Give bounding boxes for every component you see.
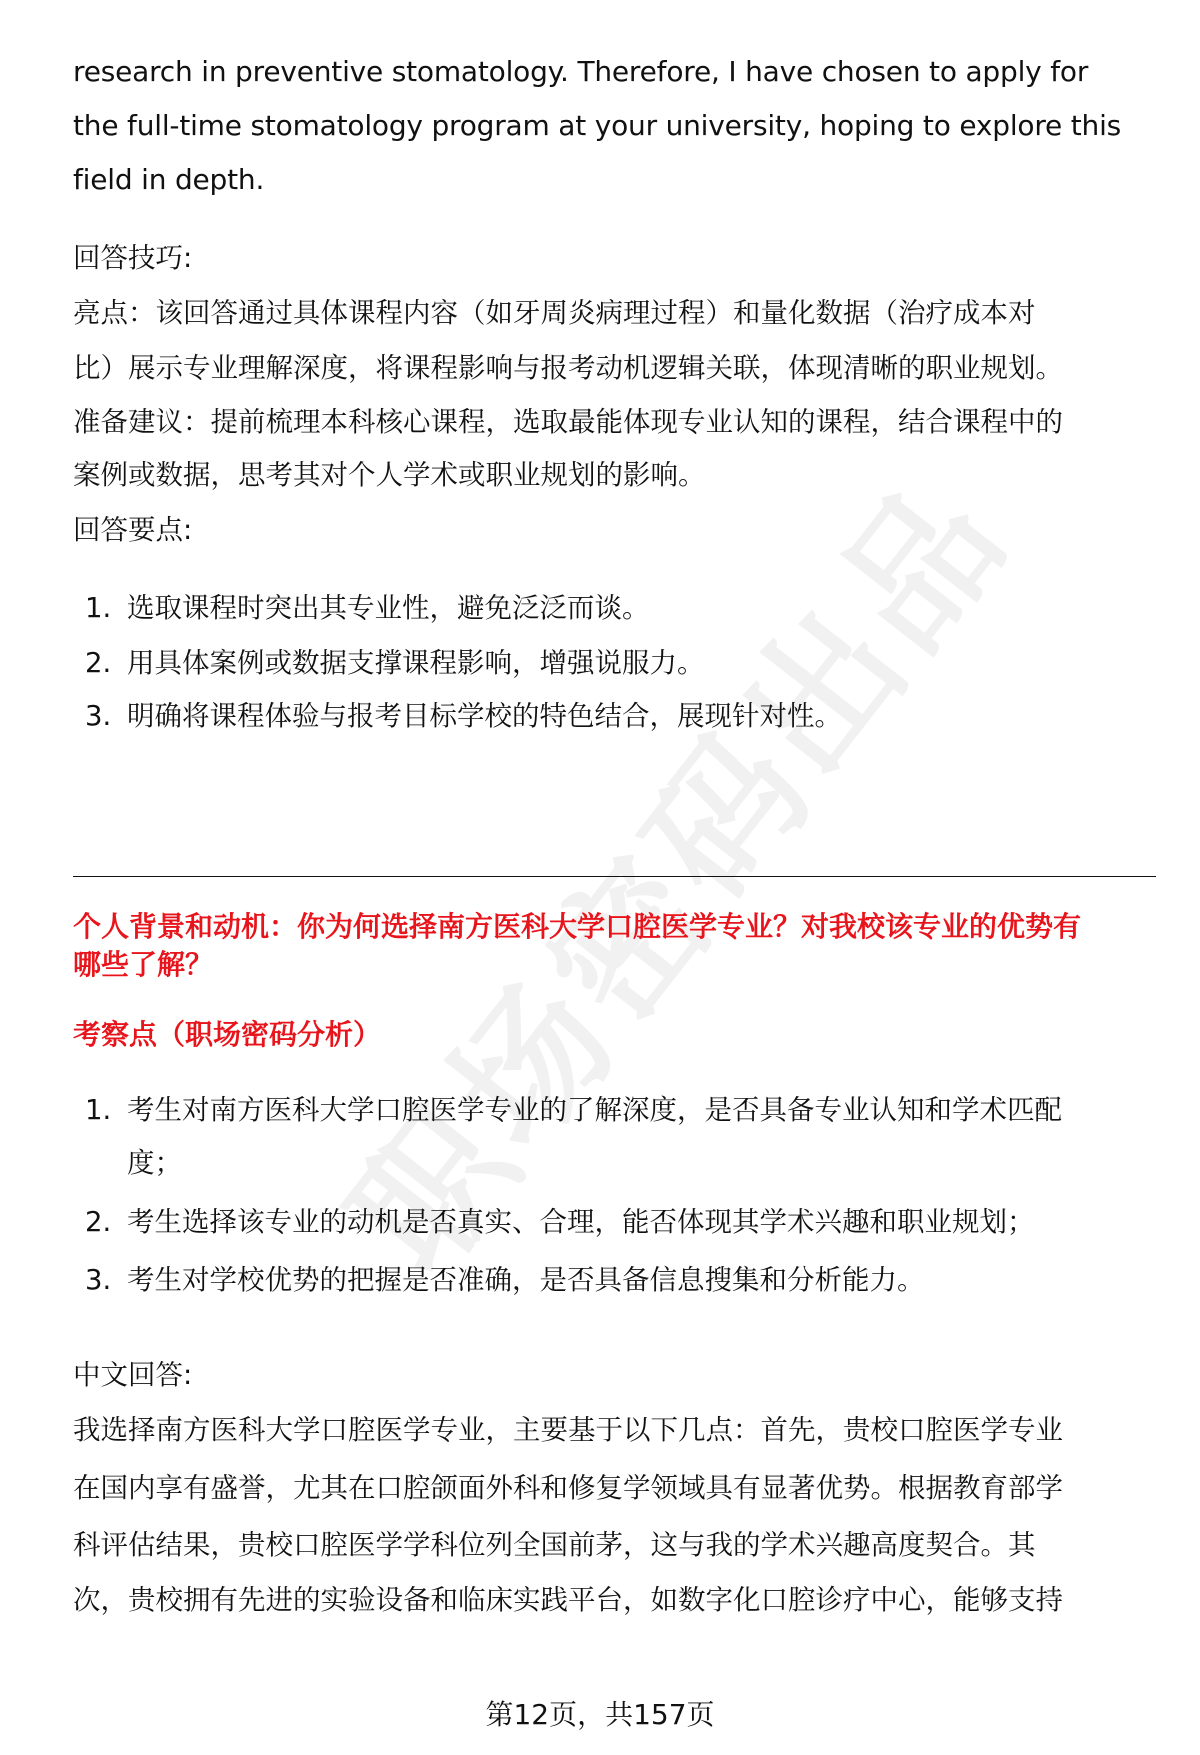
assessment-item: 考生对学校优势的把握是否准确，是否具备信息搜集和分析能力。 (127, 1262, 925, 1298)
section-divider (73, 876, 1156, 877)
page-number-footer: 第12页，共157页 (0, 1697, 1200, 1733)
watermark: 职场密码出品 (277, 408, 1063, 1329)
english-answer-line: research in preventive stomatology. Ther… (73, 54, 1088, 90)
list-number: 3. (85, 698, 111, 734)
tips-highlight-line: 亮点：该回答通过具体课程内容（如牙周炎病理过程）和量化数据（治疗成本对 (73, 295, 1036, 331)
tips-label: 回答技巧: (73, 240, 192, 276)
tips-highlight-line: 比）展示专业理解深度，将课程影响与报考动机逻辑关联，体现清晰的职业规划。 (73, 350, 1063, 386)
question-title-line: 哪些了解？ (73, 947, 213, 983)
list-number: 2. (85, 645, 111, 681)
tips-prep-line: 准备建议：提前梳理本科核心课程，选取最能体现专业认知的课程，结合课程中的 (73, 404, 1063, 440)
assessment-label: 考察点（职场密码分析） (73, 1017, 381, 1053)
chinese-answer-line: 在国内享有盛誉，尤其在口腔颌面外科和修复学领域具有显著优势。根据教育部学 (73, 1470, 1063, 1506)
list-number: 1. (85, 590, 111, 626)
chinese-answer-label: 中文回答: (73, 1357, 192, 1393)
assessment-item: 考生选择该专业的动机是否真实、合理，能否体现其学术兴趣和职业规划； (127, 1204, 1035, 1240)
document-page: 职场密码出品 research in preventive stomatolog… (0, 0, 1200, 1755)
assessment-item-continuation: 度； (127, 1145, 182, 1181)
key-points-label: 回答要点: (73, 512, 192, 548)
chinese-answer-line: 次，贵校拥有先进的实验设备和临床实践平台，如数字化口腔诊疗中心，能够支持 (73, 1582, 1063, 1618)
question-title-line: 个人背景和动机：你为何选择南方医科大学口腔医学专业？对我校该专业的优势有 (73, 909, 1081, 945)
chinese-answer-line: 科评估结果，贵校口腔医学学科位列全国前茅，这与我的学术兴趣高度契合。其 (73, 1527, 1036, 1563)
key-point-item: 明确将课程体验与报考目标学校的特色结合，展现针对性。 (127, 698, 842, 734)
tips-prep-line: 案例或数据，思考其对个人学术或职业规划的影响。 (73, 457, 706, 493)
chinese-answer-line: 我选择南方医科大学口腔医学专业，主要基于以下几点：首先，贵校口腔医学专业 (73, 1412, 1063, 1448)
assessment-item: 考生对南方医科大学口腔医学专业的了解深度，是否具备专业认知和学术匹配 (127, 1092, 1062, 1128)
list-number: 2. (85, 1204, 111, 1240)
list-number: 1. (85, 1092, 111, 1128)
list-number: 3. (85, 1262, 111, 1298)
english-answer-line: the full-time stomatology program at you… (73, 108, 1121, 144)
english-answer-line: field in depth. (73, 162, 264, 198)
key-point-item: 用具体案例或数据支撑课程影响，增强说服力。 (127, 645, 705, 681)
key-point-item: 选取课程时突出其专业性，避免泛泛而谈。 (127, 590, 650, 626)
